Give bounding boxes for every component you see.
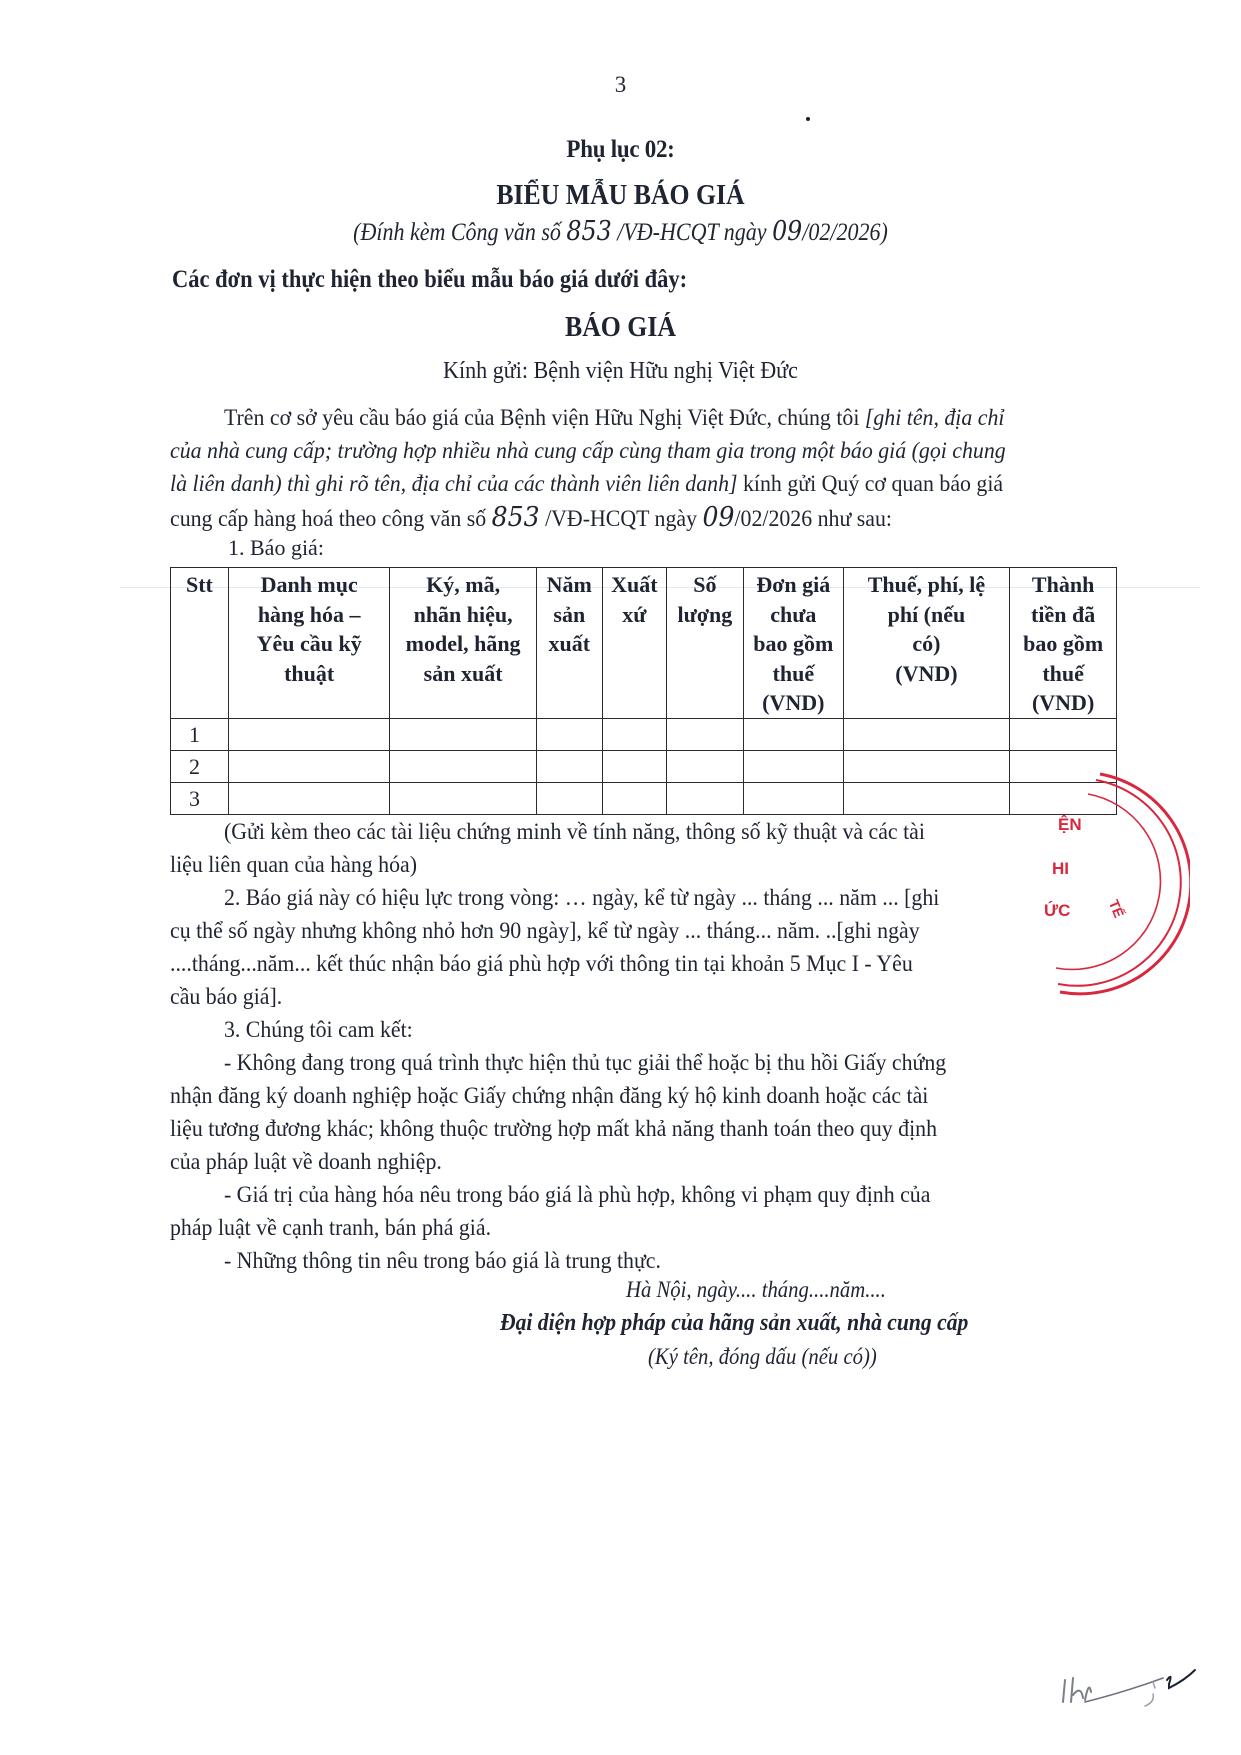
column-header: Thànhtiền đãbao gồmthuế(VND) — [1010, 568, 1117, 719]
page-number: 3 — [0, 72, 1241, 98]
empty-entry-cell — [390, 783, 536, 815]
commitment-item-line: pháp luật về cạnh tranh, bán phá giá. — [170, 1212, 1054, 1245]
empty-entry-cell — [390, 751, 536, 783]
column-header: Sốlượng — [666, 568, 743, 719]
column-header-line: xứ — [603, 600, 666, 630]
column-header-line: Thuế, phí, lệ — [844, 570, 1010, 600]
signature-place-date: Hà Nội, ngày.... tháng....năm.... — [626, 1277, 886, 1303]
column-header: Xuấtxứ — [602, 568, 666, 719]
empty-entry-cell — [744, 751, 844, 783]
table-row: 2 — [171, 751, 1117, 783]
column-header-line: (VND) — [744, 688, 843, 718]
intro-placeholder: là liên danh) thì ghi rõ tên, địa chỉ củ… — [170, 471, 738, 497]
empty-entry-cell — [1010, 751, 1117, 783]
column-header-line: Ký, mã, — [390, 570, 535, 600]
empty-entry-cell — [602, 719, 666, 751]
commitment-item-line: liệu tương đương khác; không thuộc trườn… — [170, 1113, 1054, 1146]
empty-entry-cell — [666, 751, 743, 783]
empty-entry-cell — [666, 783, 743, 815]
commitment-item-line: - Giá trị của hàng hóa nêu trong báo giá… — [170, 1179, 1054, 1212]
form-title: BIỂU MẪU BÁO GIÁ — [50, 180, 1192, 212]
attachment-reference: (Đính kèm Công văn số 853 /VĐ-HCQT ngày … — [74, 216, 1166, 247]
section-1-label: 1. Báo giá: — [228, 535, 324, 561]
instruction-heading: Các đơn vị thực hiện theo biểu mẫu báo g… — [172, 266, 687, 294]
commitment-item-line: nhận đăng ký doanh nghiệp hoặc Giấy chứn… — [170, 1080, 1054, 1113]
commitment-item-line: của pháp luật về doanh nghiệp. — [170, 1146, 1054, 1179]
intro-paragraph: Trên cơ sở yêu cầu báo giá của Bệnh viện… — [170, 402, 1054, 536]
column-header: Ký, mã,nhãn hiệu,model, hãngsản xuất — [390, 568, 536, 719]
attachment-suffix: /02/2026) — [802, 219, 888, 246]
intro-text: kính gửi Quý cơ quan báo giá — [738, 471, 1004, 497]
attachment-middle: /VĐ-HCQT ngày — [612, 219, 772, 246]
note-line: (Gửi kèm theo các tài liệu chứng minh về… — [170, 816, 1054, 849]
column-header-line: Năm — [537, 570, 602, 600]
empty-entry-cell — [843, 719, 1010, 751]
column-header-line: Số — [667, 570, 743, 600]
intro-text: cung cấp hàng hoá theo công văn số — [170, 506, 492, 532]
column-header-line: thuật — [229, 659, 390, 689]
intro-text: Trên cơ sở yêu cầu báo giá của Bệnh viện… — [224, 405, 865, 431]
column-header-line: Stt — [171, 570, 228, 600]
empty-entry-cell — [228, 783, 390, 815]
intro-placeholder: [ghi tên, địa chỉ — [865, 405, 1005, 431]
stamp-fragment: TẾ — [1106, 897, 1128, 920]
note-line: liệu liên quan của hàng hóa) — [170, 849, 1054, 882]
validity-section: 2. Báo giá này có hiệu lực trong vòng: …… — [170, 882, 1054, 1014]
intro-line-3: là liên danh) thì ghi rõ tên, địa chỉ củ… — [170, 468, 1054, 501]
commitment-item-line: - Những thông tin nêu trong báo giá là t… — [170, 1245, 1054, 1278]
commitment-item-line: - Không đang trong quá trình thực hiện t… — [170, 1047, 1054, 1080]
signature-role: Đại diện hợp pháp của hãng sản xuất, nhà… — [500, 1310, 968, 1337]
table-header-row: SttDanh mụchàng hóa –Yêu cầu kỹthuậtKý, … — [171, 568, 1117, 719]
column-header: Thuế, phí, lệphí (nếucó)(VND) — [843, 568, 1010, 719]
empty-entry-cell — [536, 719, 602, 751]
column-header-line: thuế — [1010, 659, 1116, 689]
validity-line: ....tháng...năm... kết thúc nhận báo giá… — [170, 948, 1054, 981]
appendix-title: Phụ lục 02: — [50, 136, 1192, 164]
column-header-line: Thành — [1010, 570, 1116, 600]
quote-table: SttDanh mụchàng hóa –Yêu cầu kỹthuậtKý, … — [170, 567, 1117, 815]
commitment-section: 3. Chúng tôi cam kết: - Không đang trong… — [170, 1014, 1054, 1278]
column-header-line: phí (nếu — [844, 600, 1010, 630]
initials-signature — [1045, 1640, 1205, 1720]
empty-entry-cell — [843, 751, 1010, 783]
column-header-line: lượng — [667, 600, 743, 630]
column-header-line: chưa — [744, 600, 843, 630]
validity-line: 2. Báo giá này có hiệu lực trong vòng: …… — [170, 882, 1054, 915]
column-header: Đơn giáchưabao gồmthuế(VND) — [744, 568, 844, 719]
scan-speck — [806, 117, 810, 121]
empty-entry-cell — [390, 719, 536, 751]
row-number-cell: 2 — [171, 751, 229, 783]
empty-entry-cell — [228, 719, 390, 751]
column-header-line: (VND) — [1010, 688, 1116, 718]
column-header-line: xuất — [537, 629, 602, 659]
attachment-prefix: (Đính kèm Công văn số — [353, 219, 566, 246]
intro-text: /VĐ-HCQT ngày — [540, 506, 703, 532]
column-header: Nămsảnxuất — [536, 568, 602, 719]
stamp-fragment: ỆN — [1058, 815, 1082, 834]
column-header-line: bao gồm — [744, 629, 843, 659]
empty-entry-cell — [744, 719, 844, 751]
handwritten-dispatch-day: 09 — [772, 216, 802, 247]
empty-entry-cell — [536, 751, 602, 783]
intro-line-4: cung cấp hàng hoá theo công văn số 853 /… — [170, 501, 1054, 536]
table-row: 3 — [171, 783, 1117, 815]
quote-title: BÁO GIÁ — [50, 312, 1192, 344]
validity-line: cầu báo giá]. — [170, 981, 1054, 1014]
column-header-line: Danh mục — [229, 570, 390, 600]
column-header-line: Yêu cầu kỹ — [229, 629, 390, 659]
commitment-heading: 3. Chúng tôi cam kết: — [170, 1014, 1054, 1047]
column-header: Stt — [171, 568, 229, 719]
empty-entry-cell — [1010, 783, 1117, 815]
column-header-line: thuế — [744, 659, 843, 689]
handwritten-dispatch-number: 853 — [566, 216, 611, 247]
empty-entry-cell — [1010, 719, 1117, 751]
column-header-line: nhãn hiệu, — [390, 600, 535, 630]
signature-instruction: (Ký tên, đóng dấu (nếu có)) — [648, 1344, 877, 1370]
empty-entry-cell — [602, 783, 666, 815]
row-number-cell: 1 — [171, 719, 229, 751]
empty-entry-cell — [744, 783, 844, 815]
column-header-line: hàng hóa – — [229, 600, 390, 630]
row-number-cell: 3 — [171, 783, 229, 815]
handwritten-dispatch-number: 853 — [492, 502, 540, 533]
column-header-line: Đơn giá — [744, 570, 843, 600]
empty-entry-cell — [228, 751, 390, 783]
intro-line-2: của nhà cung cấp; trường hợp nhiều nhà c… — [170, 435, 1054, 468]
recipient-line: Kính gửi: Bệnh viện Hữu nghị Việt Đức — [50, 358, 1192, 385]
column-header-line: có) — [844, 629, 1010, 659]
empty-entry-cell — [536, 783, 602, 815]
validity-line: cụ thể số ngày nhưng không nhỏ hơn 90 ng… — [170, 915, 1054, 948]
intro-text: /02/2026 như sau: — [734, 506, 892, 532]
stamp-fragment: HI — [1052, 859, 1069, 878]
column-header-line: sản xuất — [390, 659, 535, 689]
handwritten-dispatch-day: 09 — [702, 502, 734, 533]
empty-entry-cell — [666, 719, 743, 751]
column-header-line: bao gồm — [1010, 629, 1116, 659]
column-header-line: sản — [537, 600, 602, 630]
table-row: 1 — [171, 719, 1117, 751]
table-body: 123 — [171, 719, 1117, 815]
column-header-line: tiền đã — [1010, 600, 1116, 630]
empty-entry-cell — [602, 751, 666, 783]
empty-entry-cell — [843, 783, 1010, 815]
column-header-line: model, hãng — [390, 629, 535, 659]
column-header-line: Xuất — [603, 570, 666, 600]
intro-line-1: Trên cơ sở yêu cầu báo giá của Bệnh viện… — [170, 402, 1054, 435]
attachment-note: (Gửi kèm theo các tài liệu chứng minh về… — [170, 816, 1054, 882]
column-header-line: (VND) — [844, 659, 1010, 689]
column-header: Danh mụchàng hóa –Yêu cầu kỹthuật — [228, 568, 390, 719]
